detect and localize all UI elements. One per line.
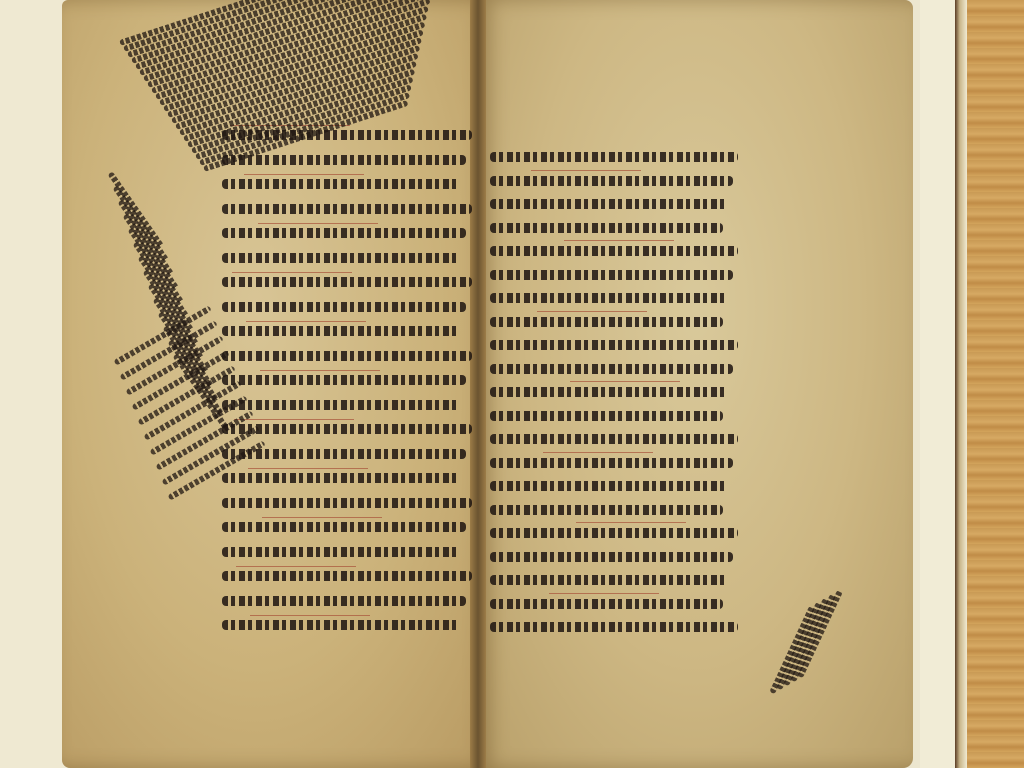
- text-line: [490, 575, 728, 585]
- red-ink-rule: [543, 452, 653, 453]
- text-line: [490, 317, 723, 327]
- text-line: [490, 364, 733, 374]
- red-ink-rule: [531, 170, 641, 171]
- text-line: [222, 277, 472, 287]
- red-ink-rule: [234, 419, 354, 420]
- binder-edge: [955, 0, 967, 768]
- text-line: [222, 449, 466, 459]
- text-line: [222, 253, 460, 263]
- text-line: [222, 326, 460, 336]
- text-line: [222, 302, 466, 312]
- text-line: [490, 387, 728, 397]
- text-line: [490, 199, 728, 209]
- red-ink-rule: [246, 321, 366, 322]
- text-line: [222, 571, 472, 581]
- red-ink-rule: [570, 381, 680, 382]
- text-line: [490, 293, 728, 303]
- text-line: [490, 505, 723, 515]
- red-ink-rule: [248, 468, 368, 469]
- text-line: [490, 270, 733, 280]
- background-sheet-left: [0, 0, 70, 768]
- text-line: [222, 155, 466, 165]
- red-ink-rule: [260, 370, 380, 371]
- text-line: [222, 596, 466, 606]
- text-line: [222, 228, 466, 238]
- text-line: [222, 547, 460, 557]
- text-line: [490, 528, 738, 538]
- text-line: [490, 223, 723, 233]
- text-line: [490, 599, 723, 609]
- text-line: [222, 424, 472, 434]
- text-line: [490, 246, 738, 256]
- background-sheet-right: [920, 0, 960, 768]
- text-line: [490, 411, 723, 421]
- red-ink-rule: [244, 174, 364, 175]
- text-line: [490, 434, 738, 444]
- text-line: [490, 622, 738, 632]
- text-line: [490, 340, 738, 350]
- red-ink-rule: [250, 615, 370, 616]
- text-line: [222, 522, 466, 532]
- text-line: [490, 176, 733, 186]
- text-line: [490, 458, 733, 468]
- red-ink-rule: [262, 517, 382, 518]
- red-ink-rule: [564, 240, 674, 241]
- text-line: [490, 552, 733, 562]
- text-line: [222, 204, 472, 214]
- text-line: [222, 473, 460, 483]
- manuscript-right-page: [478, 0, 913, 768]
- wooden-desk: [967, 0, 1024, 768]
- red-ink-rule: [537, 311, 647, 312]
- red-ink-rule: [236, 566, 356, 567]
- text-line: [222, 351, 472, 361]
- text-line: [490, 152, 738, 162]
- text-line: [222, 400, 460, 410]
- text-line: [222, 179, 460, 189]
- red-ink-rule: [232, 272, 352, 273]
- text-line: [222, 498, 472, 508]
- red-ink-rule: [576, 522, 686, 523]
- text-line: [222, 375, 466, 385]
- text-line: [222, 620, 460, 630]
- red-ink-rule: [549, 593, 659, 594]
- text-line: [490, 481, 728, 491]
- red-ink-rule: [258, 223, 378, 224]
- book-gutter: [470, 0, 486, 768]
